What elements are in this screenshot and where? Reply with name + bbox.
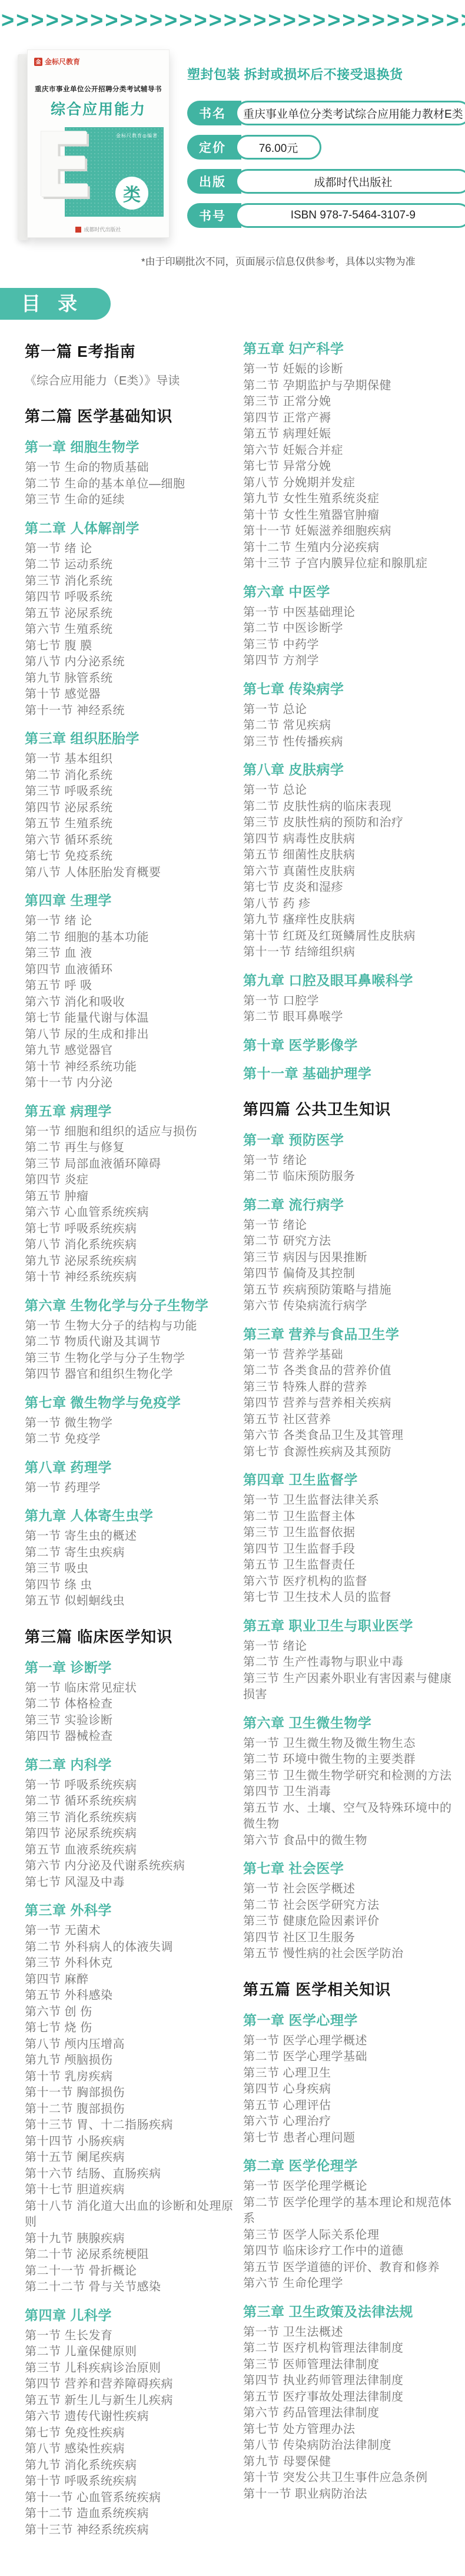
toc-section-item: 第五节 似蚓蛔线虫 xyxy=(25,1593,235,1610)
toc-section-item: 第十一节 胸部损伤 xyxy=(25,2085,235,2101)
toc-section-item: 第四节 卫生监督手段 xyxy=(243,1541,453,1558)
toc-section-item: 第七节 烧 伤 xyxy=(25,2020,235,2037)
toc-section-item: 第十五节 阑尾疾病 xyxy=(25,2150,235,2166)
toc-section-item: 第四节 方剂学 xyxy=(243,653,453,669)
toc-section-item: 第二节 常见疾病 xyxy=(243,718,453,734)
toc-chapter-title: 第六章 中医学 xyxy=(243,583,453,601)
toc-section-item: 第二节 各类食品的营养价值 xyxy=(243,1363,453,1380)
info-label: 定价 xyxy=(187,135,241,160)
toc-chapter-block: 第一章 细胞生物学第一节 生命的物质基础第二节 生命的基本单位—细胞第三节 生命… xyxy=(25,438,235,509)
toc-part-title: 第一篇 E考指南 xyxy=(25,340,235,362)
toc-chapter-title: 第三章 营养与食品卫生学 xyxy=(243,1325,453,1343)
toc-section-item: 第二十一节 骨折概论 xyxy=(25,2263,235,2280)
toc-section-item: 第八节 感染性疾病 xyxy=(25,2441,235,2458)
toc-chapter-title: 第五章 职业卫生与职业医学 xyxy=(243,1617,453,1635)
toc-section-item: 第三节 生产因素外职业有害因素与健康损害 xyxy=(243,1671,453,1703)
info-label: 出版 xyxy=(187,169,241,194)
toc-chapter-block: 第五章 职业卫生与职业医学第一节 绪论第二节 生产性毒物与职业中毒第三节 生产因… xyxy=(243,1617,453,1703)
toc-section-item: 第一节 营养学基础 xyxy=(243,1347,453,1364)
publisher-name: 成都时代出版社 xyxy=(84,226,121,233)
toc-section-item: 第二节 免疫学 xyxy=(25,1431,235,1448)
toc-chapter-block: 第七章 微生物学与免疫学第一节 微生物学第二节 免疫学 xyxy=(25,1394,235,1448)
toc-chapter-block: 第五章 病理学第一节 细胞和组织的适应与损伤第二节 再生与修复第三节 局部血液循… xyxy=(25,1102,235,1286)
toc-chapter-block: 第五章 妇产科学第一节 妊娠的诊断第二节 孕期监护与孕期保健第三节 正常分娩第四… xyxy=(243,340,453,572)
toc-section-item: 第八节 尿的生成和排出 xyxy=(25,1027,235,1043)
toc-section-item: 第三节 呼吸系统 xyxy=(25,784,235,800)
toc-section-item: 第六节 内分泌及代谢系统疾病 xyxy=(25,1858,235,1875)
toc-section-item: 第五节 水、土壤、空气及特殊环境中的微生物 xyxy=(243,1801,453,1833)
cover-series-title: 重庆市事业单位公开招聘分类考试辅导书 xyxy=(34,84,162,94)
toc-section-item: 第八节 分娩期并发症 xyxy=(243,475,453,492)
toc-section-item: 第二节 医学心理学基础 xyxy=(243,2049,453,2066)
toc-section-item: 第一节 生长发育 xyxy=(25,2328,235,2345)
toc-section-item: 第四节 社区卫生服务 xyxy=(243,1930,453,1947)
toc-section-item: 第一节 妊娠的诊断 xyxy=(243,362,453,378)
toc-section-item: 第五节 泌尿系统 xyxy=(25,606,235,622)
toc-section-item: 第十一节 内分泌 xyxy=(25,1075,235,1092)
toc-section-item: 第三节 消化系统 xyxy=(25,573,235,590)
toc-chapter-block: 第四章 儿科学第一节 生长发育第二节 儿童保健原则第三节 儿科疾病诊治原则第四节… xyxy=(25,2306,235,2539)
toc-chapter-block: 第十章 医学影像学 xyxy=(243,1036,453,1054)
toc-section-item: 第三节 医师管理法律制度 xyxy=(243,2357,453,2373)
toc-chapter-block: 第三章 卫生政策及法律法规第一节 卫生法概述第二节 医疗机构管理法律制度第三节 … xyxy=(243,2303,453,2503)
toc-section-item: 第八节 颅内压增高 xyxy=(25,2037,235,2053)
toc-chapter-title: 第五章 病理学 xyxy=(25,1102,235,1120)
toc-chapter-title: 第二章 流行病学 xyxy=(243,1196,453,1214)
toc-section-item: 第五节 呼 吸 xyxy=(25,978,235,994)
toc-chapter-block: 第六章 中医学第一节 中医基础理论第二节 中医诊断学第三节 中药学第四节 方剂学 xyxy=(243,583,453,669)
toc-section-item: 第九节 泌尿系统疾病 xyxy=(25,1254,235,1270)
info-value: 76.00元 xyxy=(235,135,321,160)
table-of-contents: 第一篇 E考指南《综合应用能力（E类）》导读第二篇 医学基础知识第一章 细胞生物… xyxy=(0,320,465,2576)
toc-chapter-title: 第六章 生物化学与分子生物学 xyxy=(25,1297,235,1314)
toc-chapter-title: 第四章 儿科学 xyxy=(25,2306,235,2324)
toc-section-item: 第十六节 结肠、直肠疾病 xyxy=(25,2166,235,2183)
toc-section-item: 第七节 呼吸系统疾病 xyxy=(25,1221,235,1238)
toc-section-item: 第三节 外科休克 xyxy=(25,1955,235,1972)
toc-chapter-title: 第四章 生理学 xyxy=(25,891,235,909)
toc-section-item: 第五节 医疗事故处理法律制度 xyxy=(243,2389,453,2406)
toc-section-item: 第十一节 心血管系统疾病 xyxy=(25,2490,235,2507)
toc-section-item: 第五节 血液系统疾病 xyxy=(25,1842,235,1859)
toc-chapter-block: 第二章 人体解剖学第一节 绪 论第二节 运动系统第三节 消化系统第四节 呼吸系统… xyxy=(25,519,235,720)
toc-section-item: 第八节 内分泌系统 xyxy=(25,654,235,671)
toc-section-item: 第五节 心理评估 xyxy=(243,2098,453,2114)
toc-chapter-title: 第七章 微生物学与免疫学 xyxy=(25,1394,235,1411)
toc-chapter-title: 第二章 人体解剖学 xyxy=(25,519,235,537)
toc-section-item: 第五节 肿瘤 xyxy=(25,1189,235,1205)
toc-section-item: 第四节 呼吸系统 xyxy=(25,589,235,606)
toc-section-item: 第六节 药品管理法律制度 xyxy=(243,2405,453,2422)
book-info-row: 书号ISBN 978-7-5464-3107-9 xyxy=(187,203,465,228)
toc-section-item: 第九节 消化系统疾病 xyxy=(25,2458,235,2474)
toc-section-item: 第七节 异常分娩 xyxy=(243,459,453,475)
toc-section-item: 第十一节 神经系统 xyxy=(25,703,235,720)
info-label: 书名 xyxy=(187,101,241,125)
toc-section-item: 第一节 生命的物质基础 xyxy=(25,460,235,476)
toc-section-item: 第九节 感觉器官 xyxy=(25,1043,235,1059)
brand-name: 金标尺教育 xyxy=(45,57,80,67)
toc-section-item: 第七节 腹 膜 xyxy=(25,638,235,655)
toc-chapter-block: 第六章 生物化学与分子生物学第一节 生物大分子的结构与功能第二节 物质代谢及其调… xyxy=(25,1297,235,1383)
toc-section-item: 第九节 颅脑损伤 xyxy=(25,2053,235,2069)
toc-section-item: 第七节 免疫系统 xyxy=(25,848,235,865)
toc-section-item: 第二节 中医诊断学 xyxy=(243,621,453,637)
toc-section-item: 第二节 物质代谢及其调节 xyxy=(25,1334,235,1351)
toc-section-item: 第四节 正常产褥 xyxy=(243,410,453,427)
toc-section-item: 第三节 生命的延续 xyxy=(25,492,235,509)
product-info-panel: 塑封包装 拆封或损坏后不接受退换货 书名重庆事业单位分类考试综合应用能力教材E类… xyxy=(172,49,465,245)
toc-section-item: 第五节 病理妊娠 xyxy=(243,426,453,443)
toc-section-item: 第二节 运动系统 xyxy=(25,557,235,573)
toc-section-item: 第十三节 神经系统疾病 xyxy=(25,2522,235,2539)
toc-chapter-block: 第四章 生理学第一节 绪 论第二节 细胞的基本功能第三节 血 液第四节 血液循环… xyxy=(25,891,235,1092)
toc-section-item: 第六节 心血管系统疾病 xyxy=(25,1205,235,1221)
product-detail-page: { "colors": { "teal": "#41b4a2", "teal_l… xyxy=(0,0,465,2576)
toc-section-item: 第四节 营养与营养相关疾病 xyxy=(243,1395,453,1412)
toc-section-item: 第六节 消化和吸收 xyxy=(25,994,235,1011)
toc-chapter-block: 第二章 医学伦理学第一节 医学伦理学概论第二节 医学伦理学的基本理论和规范体系第… xyxy=(243,2157,453,2292)
toc-section-item: 第九节 母婴保健 xyxy=(243,2454,453,2471)
toc-section-item: 第四节 炎症 xyxy=(25,1172,235,1189)
toc-part-title: 第四篇 公共卫生知识 xyxy=(243,1098,453,1119)
toc-chapter-title: 第九章 口腔及眼耳鼻喉科学 xyxy=(243,972,453,989)
toc-section-item: 第七节 患者心理问题 xyxy=(243,2130,453,2147)
toc-chapter-title: 第十一章 基础护理学 xyxy=(243,1065,453,1082)
toc-section-item: 第八节 药 疹 xyxy=(243,896,453,913)
toc-section-item: 第六节 妊娠合并症 xyxy=(243,443,453,459)
toc-section-item: 第十一节 妊娠滋养细胞疾病 xyxy=(243,523,453,540)
toc-chapter-block: 第一章 预防医学第一节 绪论第二节 临床预防服务 xyxy=(243,1131,453,1185)
book-info-list: 书名重庆事业单位分类考试综合应用能力教材E类定价76.00元出版成都时代出版社书… xyxy=(187,101,465,228)
toc-section-item: 第三节 健康危险因素评价 xyxy=(243,1914,453,1930)
toc-section-item: 第十二节 造血系统疾病 xyxy=(25,2506,235,2522)
toc-section-item: 第三节 心理卫生 xyxy=(243,2066,453,2082)
toc-section-item: 第四节 器官和组织生物化学 xyxy=(25,1367,235,1383)
info-value: 重庆事业单位分类考试综合应用能力教材E类 xyxy=(235,101,465,125)
toc-chapter-block: 第一章 医学心理学第一节 医学心理学概述第二节 医学心理学基础第三节 心理卫生第… xyxy=(243,2011,453,2147)
toc-section-item: 第五节 外科感染 xyxy=(25,1988,235,2004)
book-info-row: 出版成都时代出版社 xyxy=(187,169,465,194)
toc-section-item: 第十八节 消化道大出血的诊断和处理原则 xyxy=(25,2199,235,2231)
toc-section-item: 第六节 循环系统 xyxy=(25,833,235,849)
toc-section-item: 第七节 皮炎和湿疹 xyxy=(243,880,453,896)
cover-big-letter: E xyxy=(33,121,94,211)
toc-section-item: 第一节 医学伦理学概论 xyxy=(243,2179,453,2195)
toc-chapter-title: 第一章 预防医学 xyxy=(243,1131,453,1149)
book-info-row: 定价76.00元 xyxy=(187,135,465,160)
toc-section-item: 第十节 乳房疾病 xyxy=(25,2069,235,2086)
info-value: 成都时代出版社 xyxy=(235,169,465,194)
toc-section-item: 第三节 中药学 xyxy=(243,637,453,654)
toc-section-item: 第五节 医学道德的评价、教育和修养 xyxy=(243,2260,453,2276)
toc-section-item: 第十节 女性生殖器官肿瘤 xyxy=(243,508,453,524)
toc-section-item: 第九节 脉管系统 xyxy=(25,671,235,687)
toc-section-item: 第七节 卫生技术人员的监督 xyxy=(243,1590,453,1606)
toc-section-item: 第十节 突发公共卫生事件应急条例 xyxy=(243,2470,453,2487)
toc-section-item: 第十二节 腹部损伤 xyxy=(25,2101,235,2118)
toc-section-item: 第六节 遗传代谢性疾病 xyxy=(25,2409,235,2425)
toc-section-item: 第十节 神经系统功能 xyxy=(25,1059,235,1076)
toc-section-item: 第二节 环境中微生物的主要类群 xyxy=(243,1752,453,1768)
toc-chapter-block: 第二章 内科学第一节 呼吸系统疾病第二节 循环系统疾病第三节 消化系统疾病第四节… xyxy=(25,1756,235,1891)
toc-section-item: 第三节 特殊人群的营养 xyxy=(243,1380,453,1396)
toc-section-item: 第六节 医疗机构的监督 xyxy=(243,1574,453,1590)
toc-chapter-block: 第四章 卫生监督学第一节 卫生监督法律关系第二节 卫生监督主体第三节 卫生监督依… xyxy=(243,1471,453,1606)
toc-chapter-title: 第二章 医学伦理学 xyxy=(243,2157,453,2174)
toc-section-item: 第十节 神经系统疾病 xyxy=(25,1269,235,1286)
toc-section-item: 第一节 总论 xyxy=(243,783,453,799)
toc-section-item: 第一节 绪 论 xyxy=(25,913,235,930)
toc-column-right: 第五章 妇产科学第一节 妊娠的诊断第二节 孕期监护与孕期保健第三节 正常分娩第四… xyxy=(243,340,461,2549)
toc-section-item: 第十三节 胃、十二指肠疾病 xyxy=(25,2117,235,2134)
toc-section-item: 第二节 再生与修复 xyxy=(25,1140,235,1156)
toc-chapter-block: 第七章 传染病学第一节 总论第二节 常见疾病第三节 性传播疾病 xyxy=(243,680,453,751)
toc-section-item: 第四节 泌尿系统疾病 xyxy=(25,1826,235,1842)
toc-section-item: 第九节 瘙痒性皮肤病 xyxy=(243,912,453,929)
toc-section-item: 第八节 人体胚胎发育概要 xyxy=(25,865,235,881)
toc-section-item: 第二节 研究方法 xyxy=(243,1234,453,1250)
toc-section-item: 第一节 细胞和组织的适应与损伤 xyxy=(25,1124,235,1141)
toc-chapter-title: 第八章 皮肤病学 xyxy=(243,761,453,778)
toc-chapter-title: 第十章 医学影像学 xyxy=(243,1036,453,1054)
toc-chapter-block: 第三章 营养与食品卫生学第一节 营养学基础第二节 各类食品的营养价值第三节 特殊… xyxy=(243,1325,453,1461)
toc-section-item: 第三节 医学人际关系伦理 xyxy=(243,2227,453,2244)
cover-editor: 金标尺教育◎编著 xyxy=(116,132,158,139)
toc-section-item: 第二节 寄生虫疾病 xyxy=(25,1545,235,1561)
toc-section-item: 第一节 绪论 xyxy=(243,1639,453,1655)
toc-section-item: 第四节 血液循环 xyxy=(25,962,235,979)
toc-section-item: 第二节 循环系统疾病 xyxy=(25,1793,235,1810)
toc-intro-item: 《综合应用能力（E类）》导读 xyxy=(25,373,235,389)
toc-section-item: 第三节 皮肤性病的预防和治疗 xyxy=(243,815,453,831)
toc-section-item: 第二十二节 骨与关节感染 xyxy=(25,2279,235,2296)
toc-chapter-title: 第六章 卫生微生物学 xyxy=(243,1714,453,1732)
toc-section-item: 第一节 口腔学 xyxy=(243,993,453,1010)
toc-section-item: 第五节 社区营养 xyxy=(243,1412,453,1428)
book-front: 金 金标尺教育 重庆市事业单位公开招聘分类考试辅导书 综合应用能力 金标尺教育◎… xyxy=(27,49,170,238)
toc-section-item: 第六节 食品中的微生物 xyxy=(243,1833,453,1849)
toc-section-item: 第二节 皮肤性病的临床表现 xyxy=(243,799,453,815)
toc-section-item: 第一节 社会医学概述 xyxy=(243,1881,453,1898)
toc-section-item: 第十节 红斑及红斑鳞屑性皮肤病 xyxy=(243,929,453,945)
toc-section-item: 第三节 消化系统疾病 xyxy=(25,1810,235,1826)
toc-section-item: 第一节 呼吸系统疾病 xyxy=(25,1778,235,1794)
brand-row: 金 金标尺教育 xyxy=(34,57,162,67)
toc-section-item: 第六节 各类食品卫生及其管理 xyxy=(243,1428,453,1444)
publisher-logo-icon xyxy=(75,227,81,233)
toc-chapter-title: 第三章 卫生政策及法律法规 xyxy=(243,2303,453,2320)
toc-chapter-title: 第四章 卫生监督学 xyxy=(243,1471,453,1488)
toc-section-item: 第一节 卫生法概述 xyxy=(243,2325,453,2341)
toc-section-item: 第十七节 胆道疾病 xyxy=(25,2182,235,2199)
toc-section-item: 第四节 心身疾病 xyxy=(243,2081,453,2098)
toc-section-item: 第三节 实验诊断 xyxy=(25,1713,235,1729)
toc-chapter-title: 第八章 药理学 xyxy=(25,1458,235,1476)
toc-section-item: 第一节 总论 xyxy=(243,702,453,718)
toc-chapter-block: 第六章 卫生微生物学第一节 卫生微生物及微生物生态第二节 环境中微生物的主要类群… xyxy=(243,1714,453,1849)
toc-section-item: 第一节 生物大分子的结构与功能 xyxy=(25,1318,235,1335)
toc-section-item: 第四节 执业药师管理法律制度 xyxy=(243,2373,453,2389)
toc-section-item: 第三节 卫生监督依据 xyxy=(243,1525,453,1541)
toc-section-item: 第四节 麻醉 xyxy=(25,1972,235,1988)
toc-chapter-title: 第三章 组织胚胎学 xyxy=(25,730,235,747)
toc-section-item: 第十节 感觉器 xyxy=(25,687,235,703)
toc-section-item: 第十一节 职业病防治法 xyxy=(243,2487,453,2503)
toc-section-item: 第六节 创 伤 xyxy=(25,2004,235,2021)
toc-section-item: 第四节 营养和营养障碍疾病 xyxy=(25,2376,235,2393)
toc-section-item: 第十九节 胰腺疾病 xyxy=(25,2231,235,2247)
toc-section-item: 第六节 真菌性皮肤病 xyxy=(243,864,453,880)
product-section: 金 金标尺教育 重庆市事业单位公开招聘分类考试辅导书 综合应用能力 金标尺教育◎… xyxy=(0,34,465,245)
toc-section-item: 第四节 器械检查 xyxy=(25,1729,235,1745)
toc-section-item: 第六节 传染病流行病学 xyxy=(243,1298,453,1315)
toc-section-item: 第一节 绪 论 xyxy=(25,541,235,558)
toc-section-item: 第三节 卫生微生物学研究和检测的方法 xyxy=(243,1768,453,1785)
toc-section-item: 第四节 病毒性皮肤病 xyxy=(243,831,453,848)
toc-section-item: 第一节 无菌术 xyxy=(25,1923,235,1940)
toc-section-item: 第四节 卫生消毒 xyxy=(243,1784,453,1801)
info-label: 书号 xyxy=(187,203,241,228)
toc-part-title: 第五篇 医学相关知识 xyxy=(243,1978,453,2000)
toc-chapter-block: 第三章 组织胚胎学第一节 基本组织第二节 消化系统第三节 呼吸系统第四节 泌尿系… xyxy=(25,730,235,881)
toc-chapter-block: 第八章 药理学第一节 药理学 xyxy=(25,1458,235,1497)
toc-section-item: 第一节 寄生虫的概述 xyxy=(25,1529,235,1545)
toc-part-title: 第三篇 临床医学知识 xyxy=(25,1625,235,1647)
toc-section-item: 第五节 细菌性皮肤病 xyxy=(243,847,453,864)
chevron-decoration: >>>>>>>>>>>>>>>>>>>>>>>>>>>>>>>>>>>>>>>>… xyxy=(0,0,465,34)
toc-part-title: 第二篇 医学基础知识 xyxy=(25,405,235,426)
toc-section-item: 第七节 免疫性疾病 xyxy=(25,2425,235,2442)
toc-section-item: 第六节 心理治疗 xyxy=(243,2114,453,2130)
toc-section-item: 第五节 慢性病的社会医学防治 xyxy=(243,1946,453,1962)
toc-section-item: 第二节 眼耳鼻喉学 xyxy=(243,1009,453,1026)
toc-section-item: 第四节 泌尿系统 xyxy=(25,800,235,817)
print-batch-note: *由于印刷批次不同，页面展示信息仅供参考，具体以实物为准 xyxy=(141,253,465,268)
toc-section-item: 第三节 局部血液循环障碍 xyxy=(25,1156,235,1173)
toc-section-item: 第二十节 泌尿系统梗阻 xyxy=(25,2247,235,2263)
toc-section-item: 第二节 儿童保健原则 xyxy=(25,2344,235,2360)
toc-section-item: 第九节 女性生殖系统炎症 xyxy=(243,491,453,508)
toc-section-item: 第一节 卫生微生物及微生物生态 xyxy=(243,1736,453,1752)
toc-section-item: 第一节 绪论 xyxy=(243,1153,453,1169)
toc-section-item: 第六节 生命伦理学 xyxy=(243,2276,453,2292)
toc-chapter-title: 第三章 外科学 xyxy=(25,1901,235,1919)
toc-section-item: 第三节 生物化学与分子生物学 xyxy=(25,1351,235,1367)
toc-chapter-title: 第七章 传染病学 xyxy=(243,680,453,698)
toc-section-item: 第五节 新生儿与新生儿疾病 xyxy=(25,2393,235,2409)
toc-chapter-title: 第七章 社会医学 xyxy=(243,1859,453,1877)
toc-section-item: 第二节 细胞的基本功能 xyxy=(25,930,235,946)
toc-section-item: 第一节 临床常见症状 xyxy=(25,1680,235,1697)
toc-chapter-block: 第二章 流行病学第一节 绪论第二节 研究方法第三节 病因与因果推断第四节 偏倚及… xyxy=(243,1196,453,1315)
toc-chapter-block: 第七章 社会医学第一节 社会医学概述第二节 社会医学研究方法第三节 健康危险因素… xyxy=(243,1859,453,1962)
shipping-notice: 塑封包装 拆封或损坏后不接受退换货 xyxy=(187,65,465,83)
toc-title-banner: 目 录 xyxy=(0,288,111,320)
toc-chapter-block: 第三章 外科学第一节 无菌术第二节 外科病人的体液失调第三节 外科休克第四节 麻… xyxy=(25,1901,235,2296)
toc-section-item: 第一节 基本组织 xyxy=(25,751,235,768)
toc-section-item: 第五节 疾病预防策略与措施 xyxy=(243,1282,453,1299)
toc-section-item: 第三节 病因与因果推断 xyxy=(243,1250,453,1267)
cover-art: 金标尺教育◎编著 E 类 xyxy=(33,127,164,217)
toc-chapter-title: 第一章 细胞生物学 xyxy=(25,438,235,456)
toc-section-item: 第十二节 生殖内分泌疾病 xyxy=(243,540,453,556)
toc-section-item: 第八节 传染病防治法律制度 xyxy=(243,2438,453,2454)
toc-section-item: 第二节 体格检查 xyxy=(25,1696,235,1713)
toc-section-item: 第七节 处方管理办法 xyxy=(243,2422,453,2438)
cover-publisher: 成都时代出版社 xyxy=(27,226,170,233)
toc-section-item: 第十节 呼吸系统疾病 xyxy=(25,2474,235,2490)
toc-chapter-title: 第一章 医学心理学 xyxy=(243,2011,453,2029)
toc-section-item: 第十一节 结缔组织病 xyxy=(243,944,453,961)
toc-section-item: 第五节 生殖系统 xyxy=(25,816,235,833)
toc-section-item: 第三节 正常分娩 xyxy=(243,394,453,410)
toc-section-item: 第十三节 子宫内膜异位症和腺肌症 xyxy=(243,556,453,572)
brand-logo-icon: 金 xyxy=(34,58,42,66)
toc-column-left: 第一篇 E考指南《综合应用能力（E类）》导读第二篇 医学基础知识第一章 细胞生物… xyxy=(25,340,243,2549)
toc-chapter-title: 第一章 诊断学 xyxy=(25,1659,235,1676)
toc-chapter-block: 第九章 人体寄生虫学第一节 寄生虫的概述第二节 寄生虫疾病第三节 吸虫第四节 绦… xyxy=(25,1507,235,1610)
toc-section-item: 第一节 微生物学 xyxy=(25,1415,235,1432)
toc-chapter-block: 第九章 口腔及眼耳鼻喉科学第一节 口腔学第二节 眼耳鼻喉学 xyxy=(243,972,453,1026)
toc-section-item: 第十四节 小肠疾病 xyxy=(25,2134,235,2150)
toc-section-item: 第七节 食源性疾病及其预防 xyxy=(243,1444,453,1461)
toc-section-item: 第三节 性传播疾病 xyxy=(243,734,453,751)
toc-section-item: 第二节 生产性毒物与职业中毒 xyxy=(243,1655,453,1671)
toc-section-item: 第四节 临床诊疗工作中的道德 xyxy=(243,2243,453,2260)
toc-chapter-block: 第八章 皮肤病学第一节 总论第二节 皮肤性病的临床表现第三节 皮肤性病的预防和治… xyxy=(243,761,453,961)
toc-section-item: 第二节 卫生监督主体 xyxy=(243,1509,453,1526)
cover-class-badge: 类 xyxy=(115,177,148,210)
toc-section-item: 第二节 孕期监护与孕期保健 xyxy=(243,378,453,394)
toc-section-item: 第二节 医学伦理学的基本理论和规范体系 xyxy=(243,2195,453,2227)
toc-section-item: 第二节 社会医学研究方法 xyxy=(243,1898,453,1914)
toc-section-item: 第二节 外科病人的体液失调 xyxy=(25,1940,235,1956)
toc-section-item: 第六节 生殖系统 xyxy=(25,622,235,638)
info-value: ISBN 978-7-5464-3107-9 xyxy=(235,203,465,228)
toc-section-item: 第一节 药理学 xyxy=(25,1480,235,1497)
toc-section-item: 第一节 卫生监督法律关系 xyxy=(243,1493,453,1509)
toc-section-item: 第七节 风湿及中毒 xyxy=(25,1875,235,1891)
toc-section-item: 第一节 医学心理学概述 xyxy=(243,2033,453,2050)
toc-section-item: 第四节 绦 虫 xyxy=(25,1577,235,1594)
toc-chapter-block: 第十一章 基础护理学 xyxy=(243,1065,453,1082)
toc-section-item: 第三节 血 液 xyxy=(25,946,235,962)
toc-chapter-title: 第九章 人体寄生虫学 xyxy=(25,1507,235,1524)
toc-chapter-block: 第一章 诊断学第一节 临床常见症状第二节 体格检查第三节 实验诊断第四节 器械检… xyxy=(25,1659,235,1745)
toc-section-item: 第八节 消化系统疾病 xyxy=(25,1237,235,1254)
toc-chapter-title: 第二章 内科学 xyxy=(25,1756,235,1773)
toc-chapter-title: 第五章 妇产科学 xyxy=(243,340,453,357)
toc-section-item: 第二节 医疗机构管理法律制度 xyxy=(243,2340,453,2357)
toc-section-item: 第一节 中医基础理论 xyxy=(243,605,453,621)
toc-section-item: 第一节 绪论 xyxy=(243,1218,453,1234)
toc-section-item: 第四节 偏倚及其控制 xyxy=(243,1266,453,1282)
toc-section-item: 第二节 生命的基本单位—细胞 xyxy=(25,476,235,493)
book-cover-photo: 金 金标尺教育 重庆市事业单位公开招聘分类考试辅导书 综合应用能力 金标尺教育◎… xyxy=(18,49,172,245)
toc-section-item: 第二节 消化系统 xyxy=(25,768,235,784)
toc-section-item: 第七节 能量代谢与体温 xyxy=(25,1010,235,1027)
toc-section-item: 第五节 卫生监督责任 xyxy=(243,1557,453,1574)
toc-section-item: 第三节 吸虫 xyxy=(25,1561,235,1577)
book-info-row: 书名重庆事业单位分类考试综合应用能力教材E类 xyxy=(187,101,465,125)
toc-section-item: 第二节 临床预防服务 xyxy=(243,1169,453,1185)
toc-section-item: 第三节 儿科疾病诊治原则 xyxy=(25,2360,235,2377)
